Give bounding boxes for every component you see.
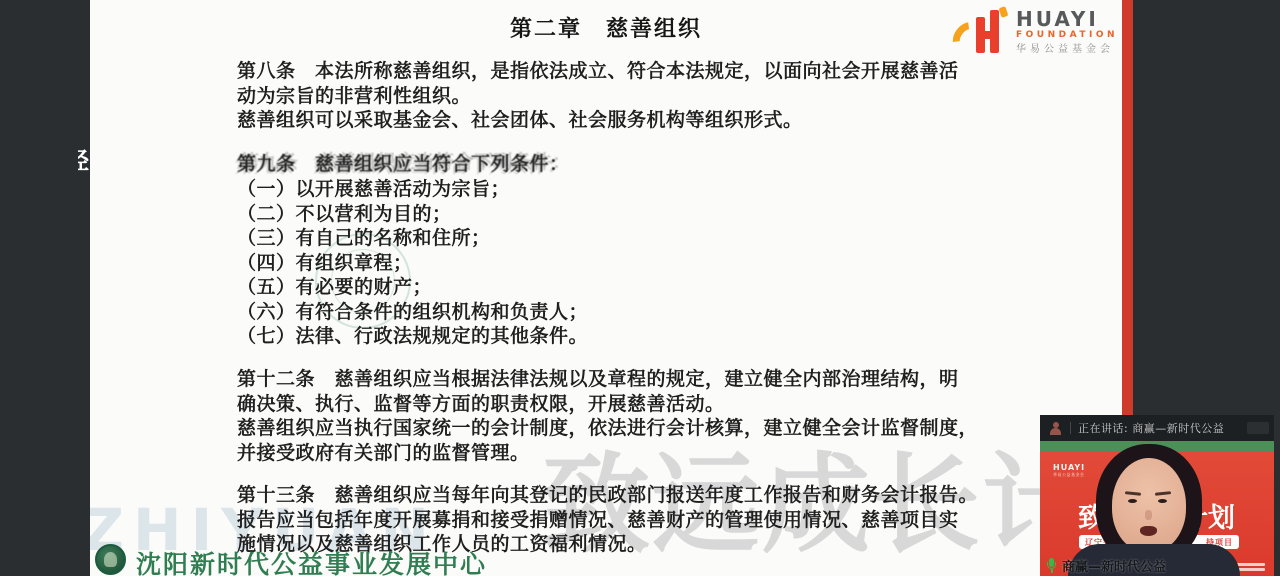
brand-chinese-name: 华易公益基金会 xyxy=(1016,43,1118,56)
window-controls-hint xyxy=(1247,422,1269,434)
presenter-name: 商赢—新时代公益 xyxy=(1062,556,1166,575)
text-line: 报告应当包括年度开展募捐和接受捐赠情况、慈善财产的管理使用情况、慈善项目实 xyxy=(237,508,1027,533)
presenter-name-tag: 商赢—新时代公益 xyxy=(1046,556,1166,575)
org-name: 沈阳新时代公益事业发展中心 xyxy=(136,545,487,576)
text-line: 确决策、执行、监督等方面的职责权限，开展慈善活动。 xyxy=(237,392,1027,417)
text-line: 第九条 慈善组织应当符合下列条件： xyxy=(237,152,1027,177)
text-line: 慈善组织应当执行国家统一的会计制度，依法进行会计核算，建立健全会计监督制度， xyxy=(237,416,1027,441)
divider xyxy=(1070,422,1071,434)
brand-subtitle: FOUNDATION xyxy=(1016,30,1118,41)
list-item: （一）以开展慈善活动为宗旨； xyxy=(237,177,1027,202)
article-9-heading: 第九条 慈善组织应当符合下列条件： xyxy=(237,152,1027,177)
article-12-paragraph: 第十二条 慈善组织应当根据法律法规以及章程的规定，建立健全内部治理结构，明 确决… xyxy=(237,367,1027,465)
text-line: 第十三条 慈善组织应当每年向其登记的民政部门报送年度工作报告和财务会计报告。 xyxy=(237,483,1027,508)
brand-name: HUAYI xyxy=(1016,8,1118,30)
presenter-face xyxy=(1112,458,1186,552)
article-8-paragraph: 第八条 本法所称慈善组织，是指依法成立、符合本法规定，以面向社会开展慈善活 动为… xyxy=(237,59,1027,133)
list-item: （五）有必要的财产； xyxy=(237,275,1027,300)
speaker-video-window[interactable]: 正在讲话: 商赢—新时代公益 HUAYI 华易公益基金会 致 计划 辽宁省 持项… xyxy=(1040,415,1274,576)
huayi-logo: HUAYI FOUNDATION 华易公益基金会 xyxy=(956,5,1120,63)
huayi-logo-icon xyxy=(956,7,1008,59)
banner-huayi-logo: HUAYI 华易公益基金会 xyxy=(1053,463,1085,478)
list-item: （三）有自己的名称和住所； xyxy=(237,226,1027,251)
clipped-overlay-glyph: 经 xyxy=(78,141,90,171)
text-line: 第八条 本法所称慈善组织，是指依法成立、符合本法规定，以面向社会开展慈善活 xyxy=(237,59,1027,84)
text-line: 动为宗旨的非营利性组织。 xyxy=(237,84,1027,109)
speaker-person-icon xyxy=(1049,422,1062,435)
article-9-items: （一）以开展慈善活动为宗旨； （二）不以营利为目的； （三）有自己的名称和住所；… xyxy=(237,177,1027,349)
list-item: （六）有符合条件的组织机构和负责人； xyxy=(237,300,1027,325)
text-line: 并接受政府有关部门的监督管理。 xyxy=(237,441,1027,466)
presentation-slide: 致远成长计划 ZHIYUAN 第二章 慈善组织 HUAYI FOUNDATION… xyxy=(90,0,1122,576)
list-item: （七）法律、行政法规规定的其他条件。 xyxy=(237,324,1027,349)
speaking-status-bar: 正在讲话: 商赢—新时代公益 xyxy=(1040,415,1274,441)
microphone-icon xyxy=(1046,558,1057,574)
meeting-app-stage: 经 致远成长计划 ZHIYUAN 第二章 慈善组织 HUAYI FOUNDATI… xyxy=(0,0,1280,576)
org-emblem-icon xyxy=(95,544,126,575)
speaking-status-label: 正在讲话: 商赢—新时代公益 xyxy=(1078,420,1224,436)
text-line: 第十二条 慈善组织应当根据法律法规以及章程的规定，建立健全内部治理结构，明 xyxy=(237,367,1027,392)
text-line: 慈善组织可以采取基金会、社会团体、社会服务机构等组织形式。 xyxy=(237,108,1027,133)
list-item: （四）有组织章程； xyxy=(237,251,1027,276)
list-item: （二）不以营利为目的； xyxy=(237,202,1027,227)
